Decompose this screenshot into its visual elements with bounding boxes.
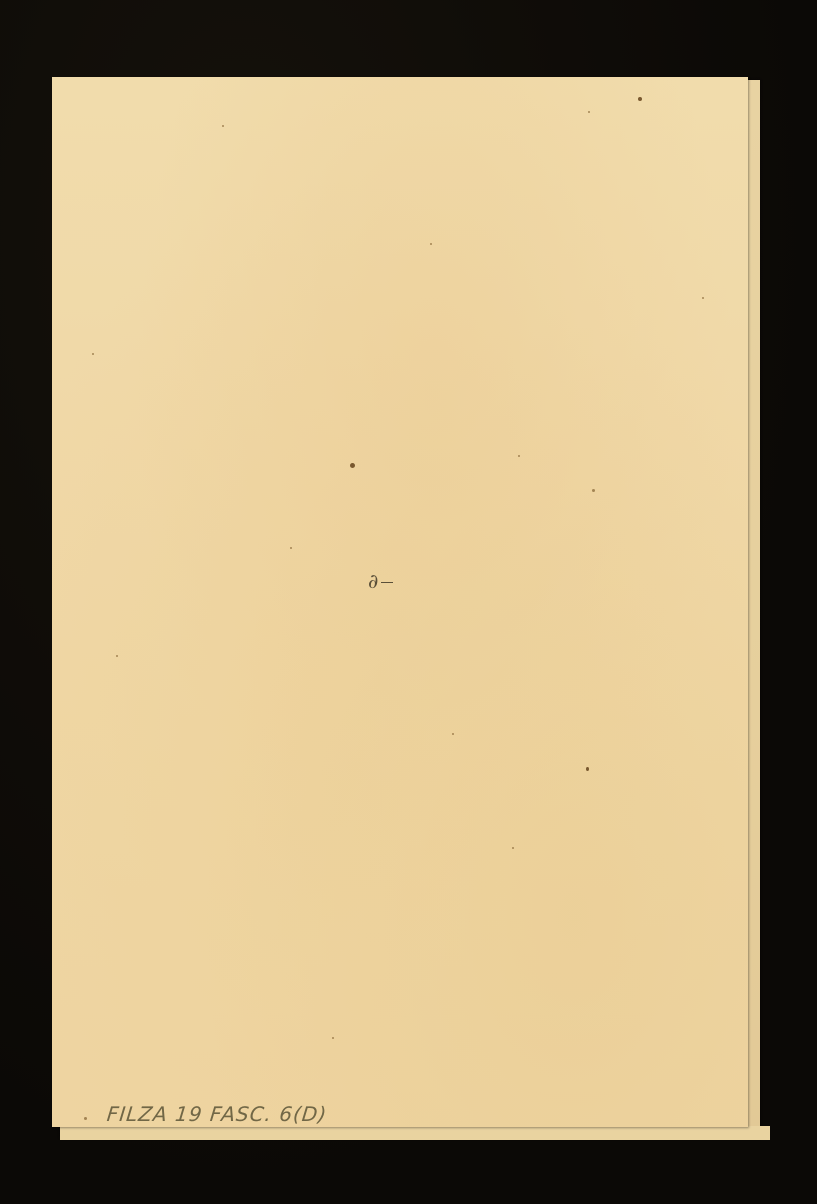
ink-speck bbox=[222, 125, 224, 127]
back-sheet-bottom-edge bbox=[60, 1126, 770, 1140]
archive-reference-label: FILZA 19 FASC. 6(D) bbox=[106, 1102, 329, 1126]
ink-speck bbox=[332, 1037, 334, 1039]
ink-speck bbox=[350, 463, 355, 468]
ink-speck bbox=[586, 767, 589, 771]
ink-speck bbox=[518, 455, 520, 457]
center-handwritten-mark: ∂ bbox=[368, 569, 393, 593]
ink-speck bbox=[702, 297, 704, 299]
center-mark-text: ∂ bbox=[368, 569, 379, 593]
ink-speck bbox=[92, 353, 94, 355]
ink-speck bbox=[116, 655, 118, 657]
ink-speck bbox=[290, 547, 292, 549]
front-sheet: ∂ bbox=[52, 77, 748, 1127]
ink-speck bbox=[84, 1117, 87, 1120]
scan-background: ∂ FILZA 19 FASC. 6(D) bbox=[0, 0, 817, 1204]
ink-speck bbox=[592, 489, 595, 492]
ink-speck bbox=[638, 97, 642, 101]
ink-speck bbox=[588, 111, 590, 113]
ink-speck bbox=[452, 733, 454, 735]
ink-speck bbox=[430, 243, 432, 245]
mark-dash bbox=[381, 582, 393, 584]
ink-speck bbox=[512, 847, 514, 849]
